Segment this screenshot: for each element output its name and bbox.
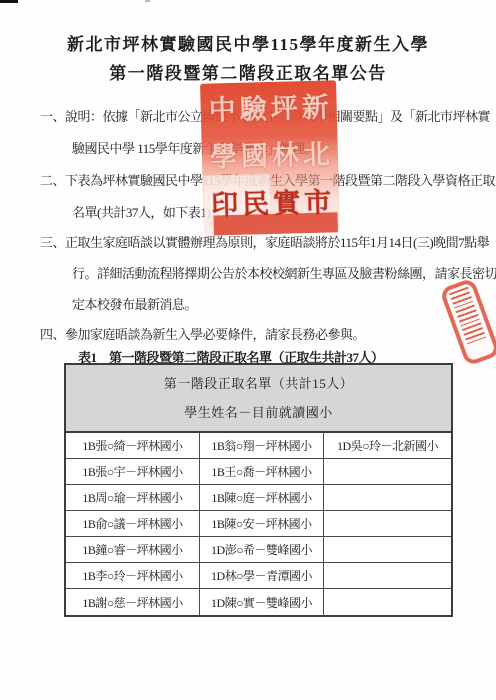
table-row: 1B張○宇－坪林國小1B王○喬－坪林國小 (66, 459, 451, 485)
table-row: 1B鐘○睿－坪林國小1D澎○希－雙峰國小 (66, 537, 451, 563)
table-header: 第一階段正取名單（共計15人） 學生姓名－目前就讀國小 (66, 365, 451, 433)
seal-character: 北 (300, 132, 332, 180)
seal-character: 新 (299, 84, 331, 132)
student-cell: 1B謝○慈－坪林國小 (66, 589, 200, 615)
student-cell: 1D陳○實－雙峰國小 (200, 589, 324, 615)
student-cell: 1B王○喬－坪林國小 (200, 459, 324, 484)
seal-character: 學 (207, 134, 239, 182)
table-row: 1B李○玲－坪林國小1D林○學－青潭國小 (66, 563, 451, 589)
seal-character: 林 (269, 133, 301, 181)
notice-line: 名單(共計37人，如下表1)。 (72, 202, 223, 221)
student-cell (324, 485, 451, 510)
scan-artifact (145, 0, 150, 2)
student-cell (324, 511, 451, 536)
side-stamp-glyph (462, 322, 486, 344)
notice-line: 行。詳細活動流程將擇期公告於本校校網新生專區及臉書粉絲團，請家長密切鎖 (72, 263, 496, 282)
seal-character: 市 (302, 179, 334, 227)
seal-character: 國 (238, 133, 270, 181)
notice-line: 定本校發布最新消息。 (72, 294, 197, 313)
student-cell: 1B陳○庭－坪林國小 (200, 485, 324, 510)
student-cell: 1B翁○翔－坪林國小 (200, 433, 324, 458)
student-cell (324, 589, 451, 615)
student-cell (324, 563, 451, 588)
seal-character: 中 (206, 87, 238, 135)
notice-line: 三、正取生家庭晤談以實體辦理為原則，家庭晤談將於115年1月14日(三)晚間7點… (40, 232, 489, 251)
admission-list-table: 第一階段正取名單（共計15人） 學生姓名－目前就讀國小 1B張○綺－坪林國小1B… (64, 363, 453, 617)
table-row: 1B謝○慈－坪林國小1D陳○實－雙峰國小 (66, 589, 451, 615)
page-title-line-2: 第一階段暨第二階段正取名單公告 (0, 59, 496, 84)
table-row: 1B張○綺－坪林國小1B翁○翔－坪林國小1D吳○玲－北新國小 (66, 433, 451, 459)
page-title-line-1: 新北市坪林實驗國民中學115學年度新生入學 (0, 30, 496, 55)
student-cell: 1B周○瑜－坪林國小 (66, 485, 200, 510)
seal-character: 驗 (237, 86, 269, 134)
seal-character: 坪 (268, 85, 300, 133)
seal-character: 實 (271, 180, 303, 228)
student-cell: 1D林○學－青潭國小 (200, 563, 324, 588)
student-cell: 1B俞○議－坪林國小 (66, 511, 200, 536)
seal-grid: 中驗坪新學國林北印民實市 (206, 84, 334, 229)
table-header-line-2: 學生姓名－目前就讀國小 (66, 402, 451, 421)
notice-line: 四、參加家庭晤談為新生入學必要條件，請家長務必參與。 (40, 324, 365, 343)
table-header-line-1: 第一階段正取名單（共計15人） (66, 373, 451, 392)
side-stamp (439, 277, 496, 366)
scan-artifact (0, 0, 18, 3)
table-body: 1B張○綺－坪林國小1B翁○翔－坪林國小1D吳○玲－北新國小1B張○宇－坪林國小… (66, 433, 451, 615)
table-row: 1B周○瑜－坪林國小1B陳○庭－坪林國小 (66, 485, 451, 511)
student-cell: 1D澎○希－雙峰國小 (200, 537, 324, 562)
student-cell (324, 537, 451, 562)
school-seal-stamp: 中驗坪新學國林北印民實市 (200, 80, 340, 236)
seal-character: 民 (240, 181, 272, 229)
student-cell: 1B鐘○睿－坪林國小 (66, 537, 200, 562)
student-cell: 1B李○玲－坪林國小 (66, 563, 200, 588)
student-cell: 1D吳○玲－北新國小 (324, 433, 451, 458)
table-row: 1B俞○議－坪林國小1B陳○安－坪林國小 (66, 511, 451, 537)
student-cell: 1B張○綺－坪林國小 (66, 433, 200, 458)
student-cell: 1B張○宇－坪林國小 (66, 459, 200, 484)
scanned-announcement-page: 新北市坪林實驗國民中學115學年度新生入學 第一階段暨第二階段正取名單公告 一、… (0, 0, 496, 700)
student-cell: 1B陳○安－坪林國小 (200, 511, 324, 536)
seal-character: 印 (209, 181, 241, 229)
student-cell (324, 459, 451, 484)
